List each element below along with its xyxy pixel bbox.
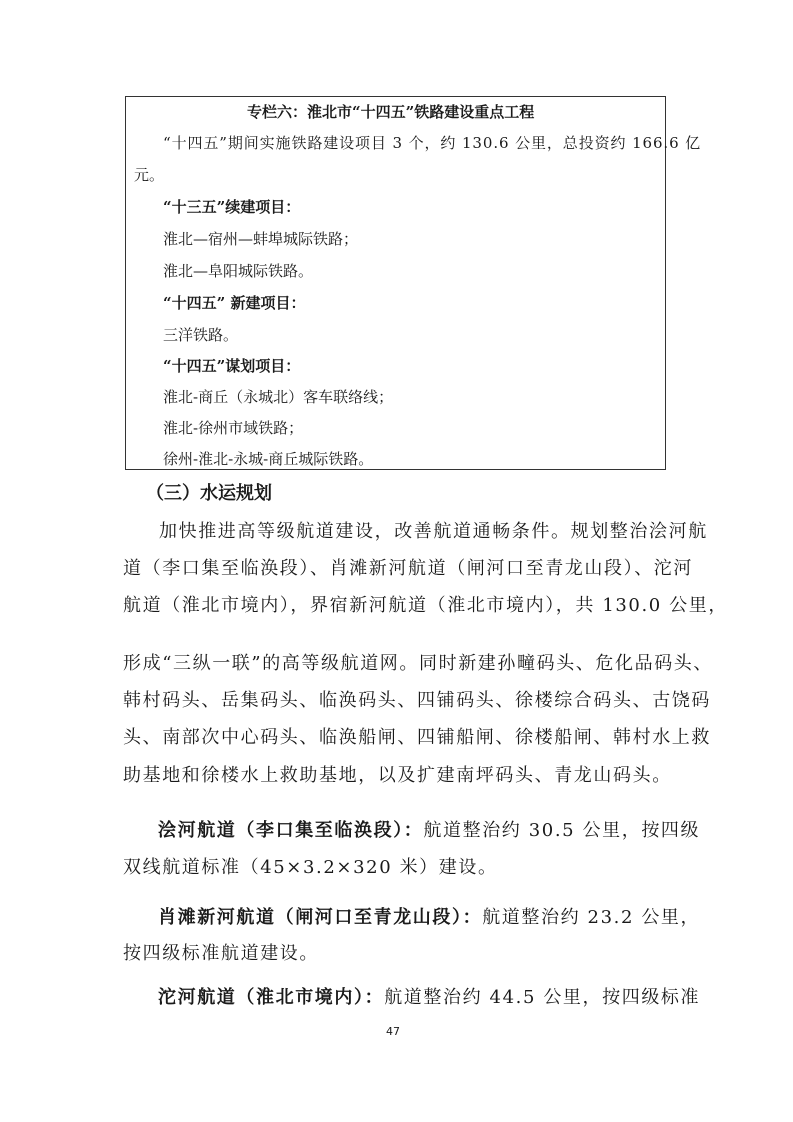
- box-item: 三洋铁路。: [163, 325, 238, 345]
- box-intro-line1: “十四五”期间实施铁路建设项目 3 个，约 130.6 公里，总投资约 166.…: [163, 133, 701, 153]
- item-continuation: 按四级标准航道建设。: [123, 941, 319, 967]
- box-item: 淮北—阜阳城际铁路。: [163, 261, 313, 281]
- item-text: 航道整治约 23.2 公里，: [482, 907, 700, 928]
- section-heading: （三）水运规划: [146, 481, 272, 507]
- paragraph-line: 加快推进高等级航道建设，改善航道通畅条件。规划整治浍河航: [159, 519, 708, 545]
- item-text: 航道整治约 30.5 公里，按四级: [423, 820, 700, 841]
- paragraph-line: 头、南部次中心码头、临涣船闸、四铺船闸、徐楼船闸、韩村水上救: [123, 725, 711, 751]
- page-number: 47: [386, 1025, 400, 1038]
- box-item: 淮北-商丘（永城北）客车联络线；: [163, 387, 393, 407]
- item-label: 肖滩新河航道（闸河口至青龙山段）：: [158, 907, 482, 928]
- box-title: 专栏六：淮北市“十四五”铁路建设重点工程: [247, 102, 534, 122]
- paragraph-line: 韩村码头、岳集码头、临涣码头、四铺码头、徐楼综合码头、古饶码: [123, 688, 711, 714]
- paragraph-line: 助基地和徐楼水上救助基地，以及扩建南坪码头、青龙山码头。: [123, 763, 672, 789]
- paragraph-line: 形成“三纵一联”的高等级航道网。同时新建孙疃码头、危化品码头、: [123, 651, 713, 677]
- box-item: 徐州-淮北-永城-商丘城际铁路。: [163, 449, 373, 469]
- box-section-heading-continuing: “十三五”续建项目：: [163, 197, 300, 217]
- box-section-heading-new: “十四五” 新建项目：: [163, 293, 305, 313]
- box-intro-line2: 元。: [134, 165, 164, 185]
- item-label: 沱河航道（淮北市境内）：: [158, 987, 384, 1008]
- item-continuation: 双线航道标准（45×3.2×320 米）建设。: [123, 855, 498, 881]
- item-line: 浍河航道（李口集至临涣段）：航道整治约 30.5 公里，按四级: [158, 818, 700, 844]
- box-item: 淮北—宿州—蚌埠城际铁路；: [163, 229, 358, 249]
- box-item: 淮北-徐州市域铁路；: [163, 418, 303, 438]
- item-text: 航道整治约 44.5 公里，按四级标准: [384, 987, 700, 1008]
- item-line: 肖滩新河航道（闸河口至青龙山段）：航道整治约 23.2 公里，: [158, 905, 700, 931]
- paragraph-line: 道（李口集至临涣段）、肖滩新河航道（闸河口至青龙山段）、沱河: [123, 556, 693, 582]
- item-line: 沱河航道（淮北市境内）：航道整治约 44.5 公里，按四级标准: [158, 985, 700, 1011]
- box-section-heading-planned: “十四五”谋划项目：: [163, 356, 300, 376]
- item-label: 浍河航道（李口集至临涣段）：: [158, 820, 423, 841]
- paragraph-line: 航道（淮北市境内），界宿新河航道（淮北市境内），共 130.0 公里，: [123, 593, 728, 619]
